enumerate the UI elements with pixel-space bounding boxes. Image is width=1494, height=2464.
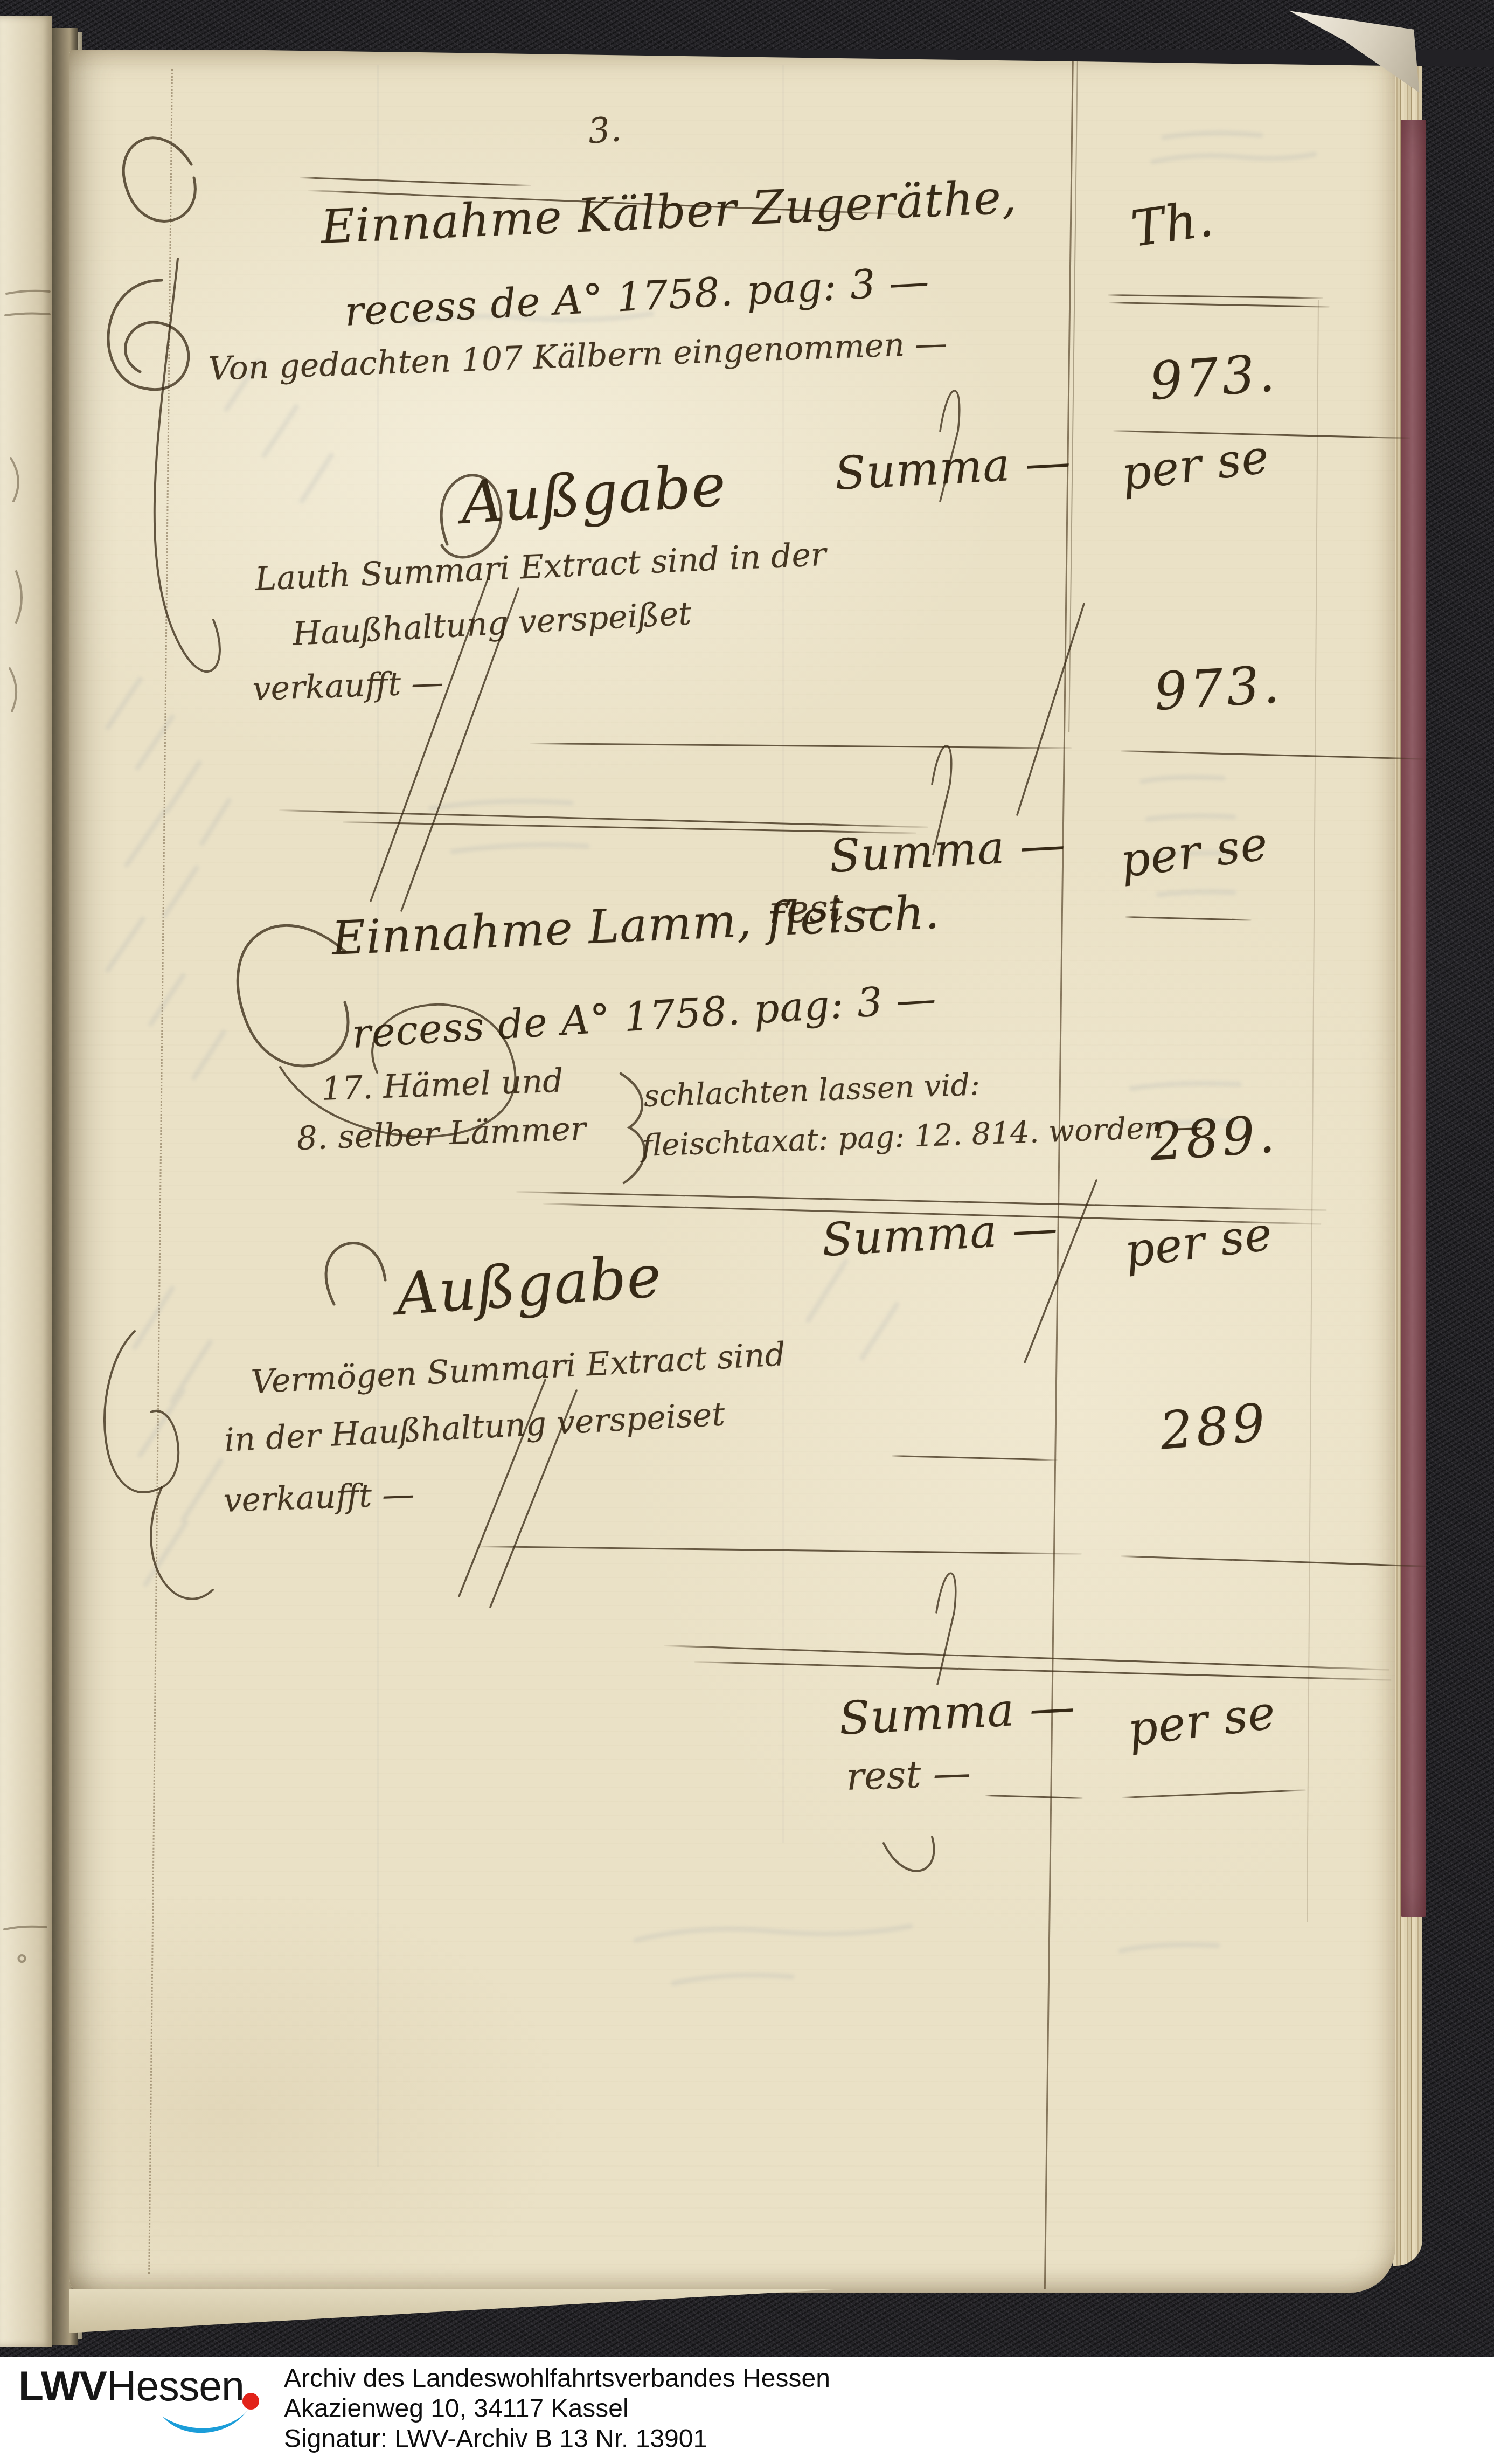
page-number: 3. <box>587 109 623 152</box>
lwv-hessen-logo: LWVHessen <box>18 2366 244 2407</box>
section1-ausgabe-value: 973. <box>1152 654 1284 722</box>
archive-address: Archiv des Landeswohlfahrtsverbandes Hes… <box>284 2364 830 2454</box>
currency-column-header: Th. <box>1128 190 1217 258</box>
address-line-2: Akazienweg 10, 34117 Kassel <box>284 2394 830 2424</box>
section1-entry-value: 973. <box>1148 343 1280 412</box>
logo-bold-text: LWV <box>18 2363 107 2410</box>
section2-ausgabe-value: 289 <box>1157 1392 1270 1462</box>
section1-ausgabe-line3: verkaufft — <box>252 664 444 708</box>
address-line-1: Archiv des Landeswohlfahrtsverbandes Hes… <box>284 2364 830 2394</box>
logo-red-dot-icon <box>242 2393 259 2410</box>
address-line-3: Signatur: LWV-Archiv B 13 Nr. 13901 <box>284 2424 830 2454</box>
section2-rest-sublabel: rest — <box>845 1750 971 1799</box>
logo-blue-swoosh-icon <box>159 2408 250 2442</box>
section2-ausgabe-line3: verkaufft — <box>223 1476 415 1520</box>
section2-entry-value: 289. <box>1148 1104 1280 1173</box>
archive-footer: LWVHessen Archiv des Landeswohlfahrtsver… <box>0 2357 1494 2464</box>
logo-light-text: Hessen <box>107 2363 244 2410</box>
